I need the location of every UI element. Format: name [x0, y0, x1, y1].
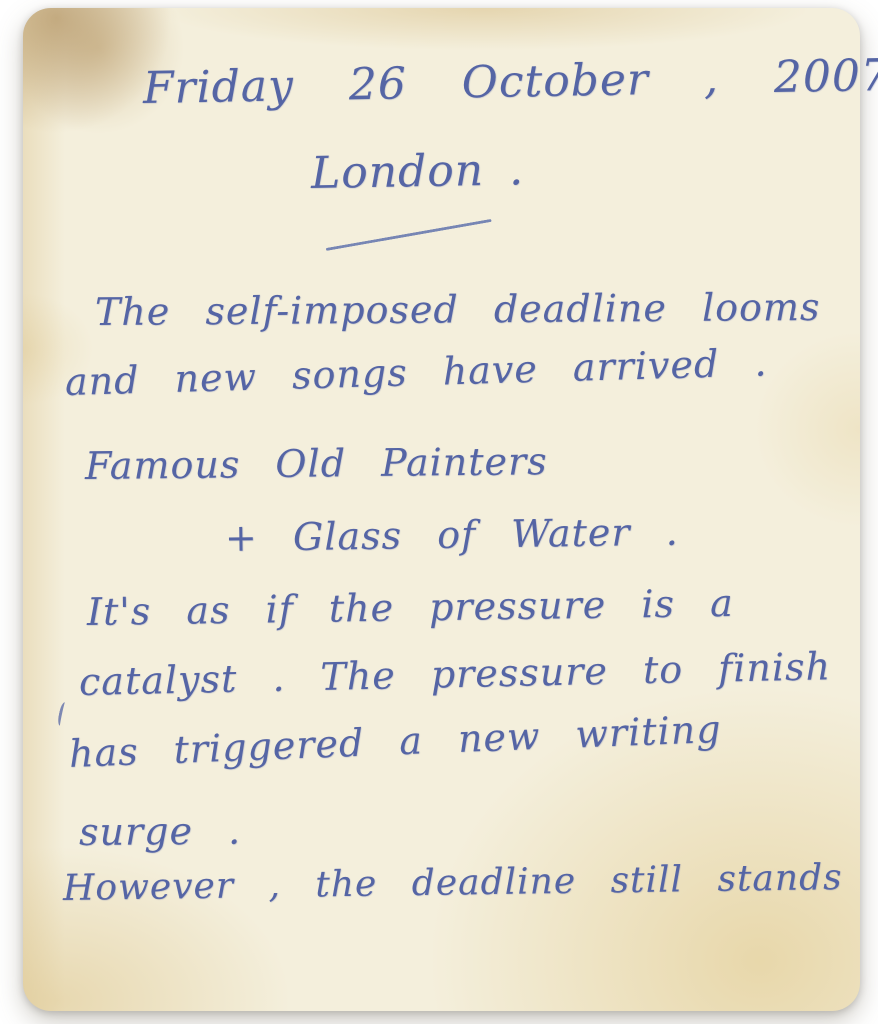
handwritten-line-5: It's as if the pressure is a: [87, 581, 734, 634]
diary-page: Friday 26 October , 2007 London . The se…: [23, 8, 860, 1011]
handwritten-line-8: surge .: [79, 809, 242, 854]
handwritten-line-7: has triggered a new writing: [68, 707, 722, 776]
handwritten-line-1: The self-imposed deadline looms: [95, 285, 821, 334]
scanned-note-background: Friday 26 October , 2007 London . The se…: [0, 0, 878, 1024]
stray-ink-mark: [57, 702, 69, 727]
heading-underline: [326, 219, 492, 251]
location-heading: London .: [311, 144, 525, 199]
handwritten-line-4-song-title: + Glass of Water .: [225, 510, 679, 560]
date-heading: Friday 26 October , 2007: [143, 50, 878, 114]
handwritten-line-3-song-title: Famous Old Painters: [85, 439, 548, 488]
handwritten-line-9: However , the deadline still stands . . …: [63, 855, 878, 909]
handwritten-line-2: and new songs have arrived .: [64, 340, 768, 404]
handwritten-line-6: catalyst . The pressure to finish: [79, 644, 832, 704]
